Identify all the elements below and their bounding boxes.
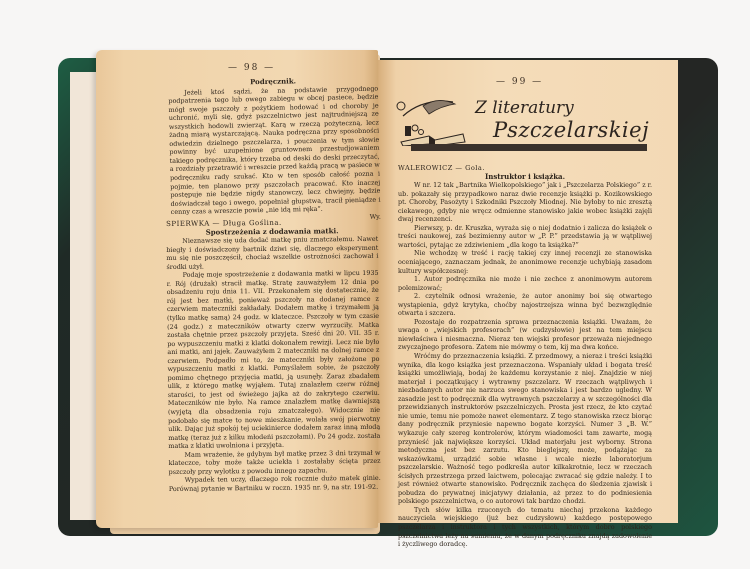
paragraph: Nieznawsze się uda dodać matkę pniu zmat… (166, 235, 378, 271)
article-title: Instruktor i książka. (398, 173, 652, 182)
paragraph: Tych słów kilka rzuconych do tematu niec… (398, 506, 652, 549)
paragraph: Wypadek ten uczy, dlaczego rok rocznie d… (169, 474, 381, 493)
banner-title-line2: Pszczelarskiej (493, 118, 649, 142)
literature-banner: Z literatury Pszczelarskiej (393, 96, 643, 160)
list-item: 2. czytelnik odnosi wrażenie, że autor a… (398, 292, 652, 318)
paragraph: Pierwszy, p. dr. Kruszka, wyraża się o n… (398, 224, 652, 250)
banner-title-line1: Z literatury (475, 98, 574, 118)
list-item: 1. Autor podręcznika nie może i nie zech… (398, 275, 652, 292)
paragraph: Jeżeli ktoś sądzi, że na podstawie przyg… (168, 84, 381, 217)
paragraph: Mam wrażenie, że gdybym był matkę przez … (168, 449, 380, 477)
right-page-number: — 99 — (496, 77, 543, 87)
paragraph: Pozostaje do rozpatrzenia sprawa przezna… (398, 318, 652, 352)
right-page-article: WALEROWICZ — Gola. Instruktor i książka.… (398, 164, 652, 549)
paragraph: Wróćmy do przeznaczenia książki. Z przed… (398, 352, 652, 506)
paragraph: W nr. 12 tak „Bartnika Wielkopolskiego” … (398, 181, 652, 224)
left-page-article: SPIERWKA — Długa Goślina. Spostrzeżenia … (166, 218, 381, 494)
left-page-text: Podręcznik. Jeżeli ktoś sądzi, że na pod… (168, 76, 381, 226)
paragraph: Podaję moje spostrzeżenie z dodawania ma… (167, 269, 381, 451)
left-page-number: — 98 — (228, 63, 275, 73)
flower-quill-icon (393, 96, 473, 126)
banner-underline (411, 144, 647, 151)
open-book-illustration-icon (399, 124, 469, 146)
paragraph: Nie wchodzę w treść i rację takiej czy i… (398, 249, 652, 275)
